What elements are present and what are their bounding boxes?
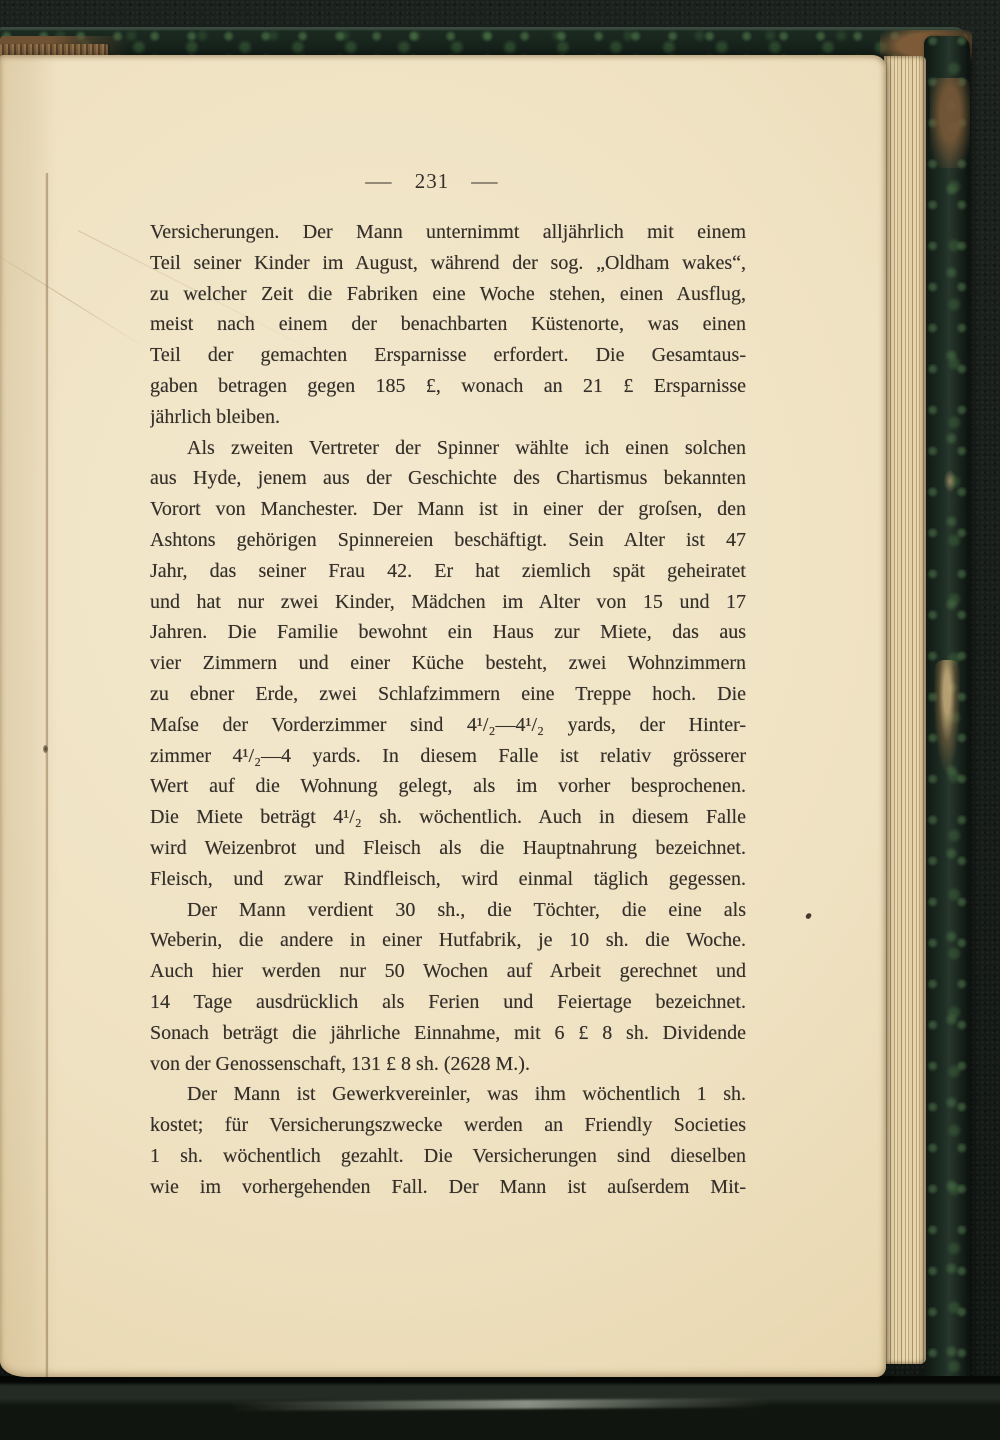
text-line: Vorort von Manchester. Der Mann ist in e… [150, 494, 746, 525]
text-line: Der Mann verdient 30 sh., die Töchter, d… [150, 895, 746, 926]
text-line: Auch hier werden nur 50 Wochen auf Arbei… [150, 956, 746, 987]
text-line: Teil seiner Kinder im August, während de… [150, 248, 746, 279]
cover-wear-patch [930, 78, 970, 168]
text-line: 14 Tage ausdrücklich als Ferien und Feie… [150, 987, 746, 1018]
text-line: meist nach einem der benachbarten Küsten… [150, 309, 746, 340]
text-line: Weberin, die andere in einer Hutfabrik, … [150, 925, 746, 956]
text-line: Sonach beträgt die jährliche Einnahme, m… [150, 1018, 746, 1049]
page-number-dash-right: — [472, 169, 500, 194]
text-line: Maſse der Vorderzimmer sind 4¹/₂—4¹/₂ ya… [150, 710, 746, 741]
page-number: — 231 — [134, 165, 730, 197]
book-page: — 231 — Versicherungen. Der Mann unterni… [0, 55, 886, 1377]
text-line: aus Hyde, jenem aus der Geschichte des C… [150, 463, 746, 494]
text-line: Wert auf die Wohnung gelegt, als im vorh… [150, 771, 746, 802]
page-edge-stack [884, 56, 926, 1364]
text-line: Fleisch, und zwar Rindfleisch, wird einm… [150, 864, 746, 895]
text-line: und hat nur zwei Kinder, Mädchen im Alte… [150, 587, 746, 618]
text-line: zu ebner Erde, zwei Schlafzimmern eine T… [150, 679, 746, 710]
photo-background: — 231 — Versicherungen. Der Mann unterni… [0, 0, 1000, 1440]
text-line: 1 sh. wöchentlich gezahlt. Die Versicher… [150, 1141, 746, 1172]
text-line: kostet; für Versicherungszwecke werden a… [150, 1110, 746, 1141]
text-line: Jahren. Die Familie bewohnt ein Haus zur… [150, 617, 746, 648]
text-line: zimmer 4¹/₂—4 yards. In diesem Falle ist… [150, 741, 746, 772]
cover-wear-patch [944, 470, 956, 492]
text-line: wie im vorhergehenden Fall. Der Mann ist… [150, 1172, 746, 1203]
cover-wear-patch [934, 660, 960, 770]
page-number-dash-left: — [365, 169, 393, 194]
ink-speck [805, 912, 812, 920]
text-line: Die Miete beträgt 4¹/₂ sh. wöchentlich. … [150, 802, 746, 833]
text-line: Der Mann ist Gewerkvereinler, was ihm wö… [150, 1079, 746, 1110]
text-line: jährlich bleiben. [150, 402, 746, 433]
ink-speck [43, 745, 48, 753]
text-line: Versicherungen. Der Mann unternimmt allj… [150, 217, 746, 248]
gutter-crease [45, 173, 49, 1377]
text-line: wird Weizenbrot und Fleisch als die Haup… [150, 833, 746, 864]
text-line: Teil der gemachten Ersparnisse erfordert… [150, 340, 746, 371]
text-line: Ashtons gehörigen Spinnereien beschäftig… [150, 525, 746, 556]
page-body-text: Versicherungen. Der Mann unternimmt allj… [150, 217, 746, 1203]
text-line: Jahr, das seiner Frau 42. Er hat ziemlic… [150, 556, 746, 587]
page-number-value: 231 [415, 169, 450, 194]
text-line: von der Genossenschaft, 131 £ 8 sh. (262… [150, 1049, 746, 1080]
text-line: zu welcher Zeit die Fabriken eine Woche … [150, 279, 746, 310]
fold-crease [0, 242, 147, 349]
text-line: Als zweiten Vertreter der Spinner wählte… [150, 433, 746, 464]
text-line: gaben betragen gegen 185 £, wonach an 21… [150, 371, 746, 402]
text-line: vier Zimmern und einer Küche besteht, zw… [150, 648, 746, 679]
